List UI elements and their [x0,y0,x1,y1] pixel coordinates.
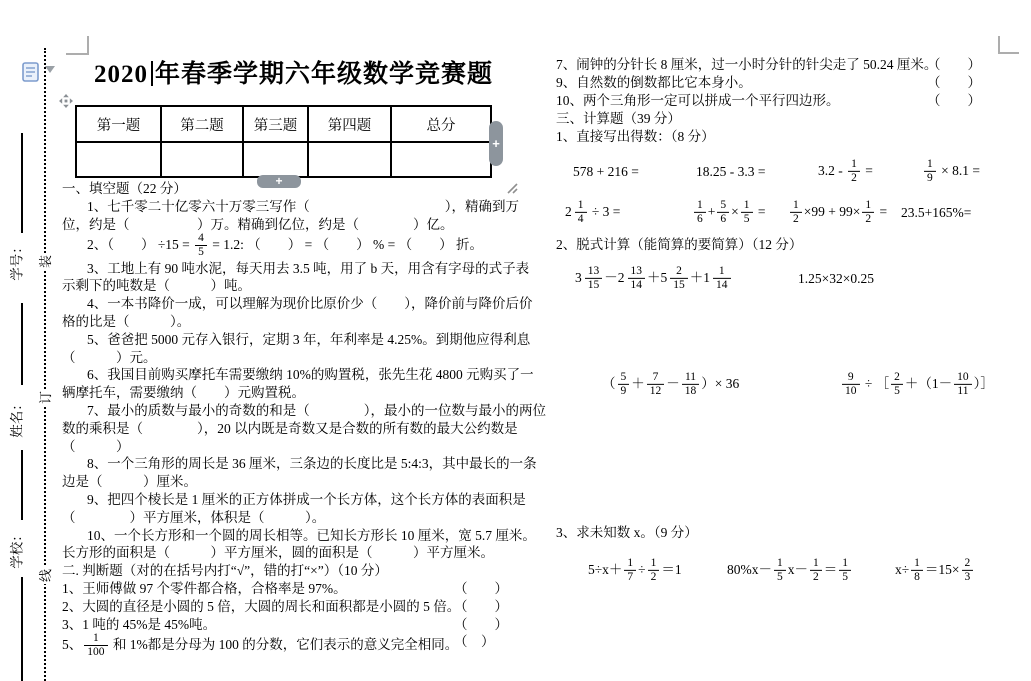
text-run: 9、自然数的倒数都比它本身小。 [556,75,752,90]
text-run: x÷ [895,562,909,577]
text-run: （ ） [62,439,130,454]
text-run: 7、最小的质数与最小的奇数的和是（ ），最小的一位数与最小的两位 [87,403,546,418]
math-expression: 578 + 216 = [573,163,639,181]
text-run: 8、一个三角形的周长是 36 厘米，三条边的长度比是 5:4:3，其中最长的一条 [87,456,537,471]
fraction: 12 [810,557,822,583]
text-line: 一、填空题（22 分） [62,180,518,198]
text-run: 1.25×32×0.25 [798,271,874,286]
student-name-label: 姓名： [6,392,23,444]
fraction: 17 [624,557,636,583]
fraction-denominator: 100 [84,646,107,659]
fraction-denominator: 6 [717,213,729,226]
student-info-blank-line [21,577,23,681]
fraction-numerator: 1 [741,199,753,213]
score-table-cell [76,142,161,177]
fraction: 45 [195,232,207,258]
mixed-number-whole: 1 [703,270,710,285]
answer-blank: （ ） [454,580,508,598]
fraction-numerator: 7 [647,371,665,385]
binding-char-ding: 订 [37,389,54,406]
student-id-label: 学号： [6,235,23,287]
fraction-denominator: 15 [585,279,603,292]
text-run: 3、求未知数 x。（9 分） [556,525,698,540]
score-table-header: 总分 [391,106,491,142]
math-expression: 31315－21314＋5215＋1114 [575,266,733,292]
expression-row: 578 + 216 =18.25 - 3.3 =3.2 - 12 =19 × 8… [556,152,1018,192]
mixed-number-whole: 2 [565,204,572,219]
answer-blank: （ ） [454,616,508,634]
fraction-numerator: 1 [862,199,874,213]
text-line: 3、1 吨的 45%是 45%吨。（ ） [62,616,518,634]
text-line: 5、1100 和 1%都是分母为 100 的分数，它们表示的意义完全相同。（ ） [62,633,518,659]
fraction-numerator: 1 [790,199,802,213]
text-run: x－ [788,562,808,577]
student-info-blank-line [21,450,23,520]
text-run: 边是（ ）厘米。 [62,474,197,489]
fraction-denominator: 9 [924,172,936,185]
fraction-denominator: 5 [839,571,851,584]
text-line: 示剩下的吨数是（ ）吨。 [62,277,518,295]
text-run: × 8.1 = [938,163,980,178]
fraction-denominator: 9 [618,385,630,398]
fraction: 14 [575,199,587,225]
text-run: 5、 [62,638,82,653]
math-expression: x÷18＝15×23 [895,558,975,584]
score-table-cell [243,142,308,177]
text-line: 3、工地上有 90 吨水泥，每天用去 3.5 吨，用了 b 天，用含有字母的式子… [62,260,518,278]
fraction: 1100 [84,632,107,658]
fraction-numerator: 2 [670,265,688,279]
fraction-denominator: 14 [713,279,731,292]
fraction-denominator: 4 [575,213,587,226]
fraction-denominator: 18 [682,385,700,398]
text-line: 边是（ ）厘米。 [62,473,518,491]
text-run: 3、工地上有 90 吨水泥，每天用去 3.5 吨，用了 b 天，用含有字母的式子… [87,261,529,276]
math-expression: 910 ÷ ［25＋（1－1011）］ [840,372,994,398]
fraction: 1011 [954,371,972,397]
text-run: 1、七千零二十亿零六十万零三写作（ ），精确到万 [87,199,519,214]
answer-blank: （ ） [927,56,981,74]
text-run: ）× 36 [701,376,739,391]
fraction-denominator: 10 [842,385,860,398]
math-expression: 12×99 + 99×12 = [788,200,887,226]
text-run: ÷ 3 = [589,204,621,219]
text-run: + [708,204,716,219]
math-expression: 23.5+165%= [901,204,971,222]
title-text: 年春季学期六年级数学竞赛题 [155,61,493,88]
text-run: 和 1%都是分母为 100 的分数，它们表示的意义完全相同。 [110,638,459,653]
text-run: 辆摩托车，需要缴纳（ ）元购置税。 [62,385,305,400]
text-run: － [666,376,680,391]
fraction-denominator: 2 [848,172,860,185]
text-run: 格的比是（ ）。 [62,314,190,329]
text-run: = [876,204,887,219]
text-line: 1、七千零二十亿零六十万零三写作（ ），精确到万 [62,198,518,216]
answer-blank: （ ） [927,74,981,92]
score-table-header: 第三题 [243,106,308,142]
text-run: ＝1 [661,562,681,577]
mixed-number-whole: 2 [618,270,625,285]
fraction: 215 [670,265,688,291]
text-line: （ ）平方厘米，体积是（ ）。 [62,509,518,527]
text-line: 4、一本书降价一成，可以理解为现价比原价少（ ），降价前与降价后价 [62,295,518,313]
fraction-numerator: 1 [924,158,936,172]
text-run: 4、一本书降价一成，可以理解为现价比原价少（ ），降价前与降价后价 [87,296,533,311]
text-line: 9、把四个棱长是 1 厘米的正方体拼成一个长方体，这个长方体的表面积是 [62,491,518,509]
fraction: 15 [774,557,786,583]
text-run: ＋ [690,270,704,285]
fraction-denominator: 8 [911,571,923,584]
text-run: = [755,204,766,219]
fraction-denominator: 2 [810,571,822,584]
text-run: 长方形的面积是（ ）平方厘米，圆的面积是（ ）平方厘米。 [62,545,494,560]
text-run: ＋ [631,376,645,391]
fraction-numerator: 1 [713,265,731,279]
fraction: 19 [924,158,936,184]
text-line: 7、闹钟的分针长 8 厘米，过一小时分针的针尖走了 50.24 厘米。（ ） [556,56,1018,74]
text-run: = [862,163,873,178]
text-line: 三、计算题（39 分） [556,110,1018,128]
left-text-column: 一、填空题（22 分）1、七千零二十亿零六十万零三写作（ ），精确到万位，约是（… [62,180,518,660]
fraction-numerator: 4 [195,232,207,246]
text-run: 1、王师傅做 97 个零件都合格，合格率是 97%。 [62,581,347,596]
fraction-numerator: 1 [575,199,587,213]
mixed-number-whole: 5 [661,270,668,285]
fraction-denominator: 11 [954,385,972,398]
math-expression: 214 ÷ 3 = [565,200,620,226]
math-expression: 5÷x＋17÷12＝1 [588,558,682,584]
text-line: 位，约是（ ）万。精确到亿位，约是（ ）亿。 [62,216,518,234]
text-run: 23.5+165%= [901,205,971,220]
fraction-numerator: 1 [839,557,851,571]
title-year: 2020 [94,61,148,88]
math-expression: 19 × 8.1 = [922,159,980,185]
text-line: 辆摩托车，需要缴纳（ ）元购置税。 [62,384,518,402]
score-table-cell [161,142,243,177]
text-run: 2、（ ） ÷15 = [87,238,193,253]
math-expression: 1.25×32×0.25 [798,270,874,288]
fraction: 712 [647,371,665,397]
math-expression: 18.25 - 3.3 = [696,163,765,181]
fraction-numerator: 1 [84,632,107,646]
fraction-numerator: 11 [682,371,700,385]
fraction: 114 [713,265,731,291]
fraction-denominator: 5 [195,246,207,259]
expression-row: （59＋712－1118）× 36910 ÷ ［25＋（1－1011）］ [556,362,1018,408]
text-run: ×99 + 99× [804,204,861,219]
fraction-numerator: 2 [962,557,974,571]
text-run: （ ）元。 [62,350,157,365]
fraction: 1118 [682,371,700,397]
answer-blank: （ ） [454,598,508,616]
fraction: 18 [911,557,923,583]
text-line: 3、求未知数 x。（9 分） [556,524,1018,542]
text-run: 5、爸爸把 5000 元存入银行，定期 3 年，年利率是 4.25%。到期他应得… [87,332,530,347]
text-line: 9、自然数的倒数都比它本身小。（ ） [556,74,1018,92]
fraction: 15 [839,557,851,583]
fraction: 12 [848,158,860,184]
text-line: 6、我国目前购买摩托车需要缴纳 10%的购置税，张先生花 4800 元购买了一 [62,366,518,384]
text-run: = 1.2: （ ） = （ ） % = （ ） 折。 [209,238,483,253]
answer-blank: （ ） [454,633,495,651]
right-text-column: 7、闹钟的分针长 8 厘米，过一小时分针的针尖走了 50.24 厘米。（ ）9、… [556,56,1018,592]
text-run: ＝ [824,562,838,577]
text-run: 6、我国目前购买摩托车需要缴纳 10%的购置税，张先生花 4800 元购买了一 [87,367,534,382]
text-run: 80%x－ [727,562,772,577]
answer-blank: （ ） [927,92,981,110]
text-run: ＝15× [925,562,960,577]
fraction: 23 [962,557,974,583]
fraction-denominator: 14 [628,279,646,292]
binding-char-xian: 线 [37,567,54,584]
fraction: 59 [618,371,630,397]
math-expression: 16+56×15 = [692,200,766,226]
text-line: 2、（ ） ÷15 = 45 = 1.2: （ ） = （ ） % = （ ） … [62,233,518,259]
text-line: 8、一个三角形的周长是 36 厘米，三条边的长度比是 5:4:3，其中最长的一条 [62,455,518,473]
text-line: 2、大圆的直径是小圆的 5 倍，大圆的周长和面积都是小圆的 5 倍。（ ） [62,598,518,616]
text-line: 1、直接写出得数：（8 分） [556,128,1018,146]
text-run: 2、脱式计算（能简算的要简算）（12 分） [556,237,802,252]
text-line: 格的比是（ ）。 [62,313,518,331]
fraction-denominator: 5 [774,571,786,584]
fraction-numerator: 1 [774,557,786,571]
text-line: 5、爸爸把 5000 元存入银行，定期 3 年，年利率是 4.25%。到期他应得… [62,331,518,349]
math-expression: 3.2 - 12 = [818,159,873,185]
text-run: 三、计算题（39 分） [556,111,681,126]
fraction-numerator: 10 [954,371,972,385]
text-run: 578 + 216 = [573,164,639,179]
text-line: （ ）元。 [62,349,518,367]
dropdown-arrow-icon[interactable] [45,66,55,73]
score-table: 第一题 第二题 第三题 第四题 总分 [75,105,492,178]
score-table-cell [308,142,391,177]
fraction: 1314 [628,265,646,291]
student-info-blank-line [21,303,23,385]
fraction: 25 [891,371,903,397]
fraction-numerator: 1 [624,557,636,571]
text-line: 长方形的面积是（ ）平方厘米，圆的面积是（ ）平方厘米。 [62,544,518,562]
text-run: 10、两个三角形一定可以拼成一个平行四边形。 [556,93,840,108]
text-run: 示剩下的吨数是（ ）吨。 [62,278,251,293]
text-run: 位，约是（ ）万。精确到亿位，约是（ ）亿。 [62,217,454,232]
fraction-numerator: 9 [842,371,860,385]
fraction: 16 [694,199,706,225]
text-run: ÷ ［ [862,376,890,391]
text-run: ＋ [647,270,661,285]
table-move-handle-icon[interactable] [59,94,73,113]
fraction-denominator: 6 [694,213,706,226]
text-line: 7、最小的质数与最小的奇数的和是（ ），最小的一位数与最小的两位 [62,402,518,420]
text-cursor [151,61,153,86]
fraction-numerator: 1 [911,557,923,571]
text-run: × [731,204,739,219]
fraction: 12 [862,199,874,225]
text-run: 5÷x＋ [588,562,622,577]
fraction: 12 [648,557,660,583]
fraction-denominator: 5 [741,213,753,226]
page-title: 2020年春季学期六年级数学竞赛题 [94,54,493,90]
fraction-denominator: 3 [962,571,974,584]
fraction-numerator: 1 [848,158,860,172]
mixed-number-whole: 3 [575,270,582,285]
text-run: 7、闹钟的分针长 8 厘米，过一小时分针的针尖走了 50.24 厘米。 [556,57,937,72]
text-run: 二. 判断题（对的在括号内打“√”，错的打“×”）（10 分） [62,563,388,578]
binding-dotted-line [44,48,46,681]
score-table-cell [391,142,491,177]
text-line: 1、王师傅做 97 个零件都合格，合格率是 97%。（ ） [62,580,518,598]
text-run: 3、1 吨的 45%是 45%吨。 [62,617,216,632]
fraction: 15 [741,199,753,225]
text-run: － [604,270,618,285]
document-options-icon[interactable] [22,62,41,88]
fraction-numerator: 1 [648,557,660,571]
fraction: 56 [717,199,729,225]
fraction-denominator: 2 [790,213,802,226]
text-run: 18.25 - 3.3 = [696,164,765,179]
text-boundary-corner-top-left [66,36,89,55]
text-run: （ ）平方厘米，体积是（ ）。 [62,510,325,525]
expression-row: 5÷x＋17÷12＝180%x－15x－12＝15x÷18＝15×23 [556,550,1018,592]
text-run: ）］ [974,376,994,391]
text-line: （ ） [62,438,518,456]
score-table-header: 第一题 [76,106,161,142]
math-expression: 80%x－15x－12＝15 [727,558,853,584]
fraction-denominator: 5 [891,385,903,398]
fraction-numerator: 13 [628,265,646,279]
fraction-denominator: 15 [670,279,688,292]
text-boundary-corner-top-right [998,36,1019,54]
text-run: 1、直接写出得数：（8 分） [556,129,715,144]
fraction-numerator: 5 [717,199,729,213]
text-run: 10、一个长方形和一个圆的周长相等。已知长方形长 10 厘米，宽 5.7 厘米。 [87,528,536,543]
text-run: （ [602,376,616,391]
score-table-header: 第四题 [308,106,391,142]
score-table-header: 第二题 [161,106,243,142]
fraction-numerator: 1 [810,557,822,571]
fraction: 1315 [585,265,603,291]
text-run: ＋（1－ [905,376,952,391]
fraction-denominator: 12 [647,385,665,398]
text-run: 数的乘积是（ ），20 以内既是奇数又是合数的所有数的最大公约数是 [62,421,518,436]
fraction-numerator: 2 [891,371,903,385]
math-expression: （59＋712－1118）× 36 [602,372,739,398]
add-column-button[interactable]: + [489,121,503,166]
text-line: 10、两个三角形一定可以拼成一个平行四边形。（ ） [556,92,1018,110]
text-run: 3.2 - [818,163,846,178]
fraction-numerator: 1 [694,199,706,213]
text-run: 9、把四个棱长是 1 厘米的正方体拼成一个长方体，这个长方体的表面积是 [87,492,526,507]
fraction-denominator: 2 [648,571,660,584]
student-info-blank-line [21,133,23,233]
text-run: 一、填空题（22 分） [62,181,187,196]
expression-row: 31315－21314＋5215＋11141.25×32×0.25 [556,258,1018,300]
fraction: 12 [790,199,802,225]
document-page: 装 订 线 学号： 姓名： 学校： 2020年春季学期六年级数学竞赛题 第一题 … [0,0,1031,681]
text-run: ÷ [638,562,645,577]
text-line: 2、脱式计算（能简算的要简算）（12 分） [556,236,1018,254]
fraction-numerator: 13 [585,265,603,279]
binding-char-zhuang: 装 [37,253,54,270]
fraction-numerator: 5 [618,371,630,385]
fraction: 910 [842,371,860,397]
school-label: 学校： [6,523,23,575]
fraction-denominator: 2 [862,213,874,226]
text-line: 数的乘积是（ ），20 以内既是奇数又是合数的所有数的最大公约数是 [62,420,518,438]
text-line: 10、一个长方形和一个圆的周长相等。已知长方形长 10 厘米，宽 5.7 厘米。 [62,527,518,545]
expression-row: 214 ÷ 3 =16+56×15 =12×99 + 99×12 =23.5+1… [556,194,1018,232]
text-run: 2、大圆的直径是小圆的 5 倍，大圆的周长和面积都是小圆的 5 倍。 [62,599,460,614]
text-line: 二. 判断题（对的在括号内打“√”，错的打“×”）（10 分） [62,562,518,580]
fraction-denominator: 7 [624,571,636,584]
